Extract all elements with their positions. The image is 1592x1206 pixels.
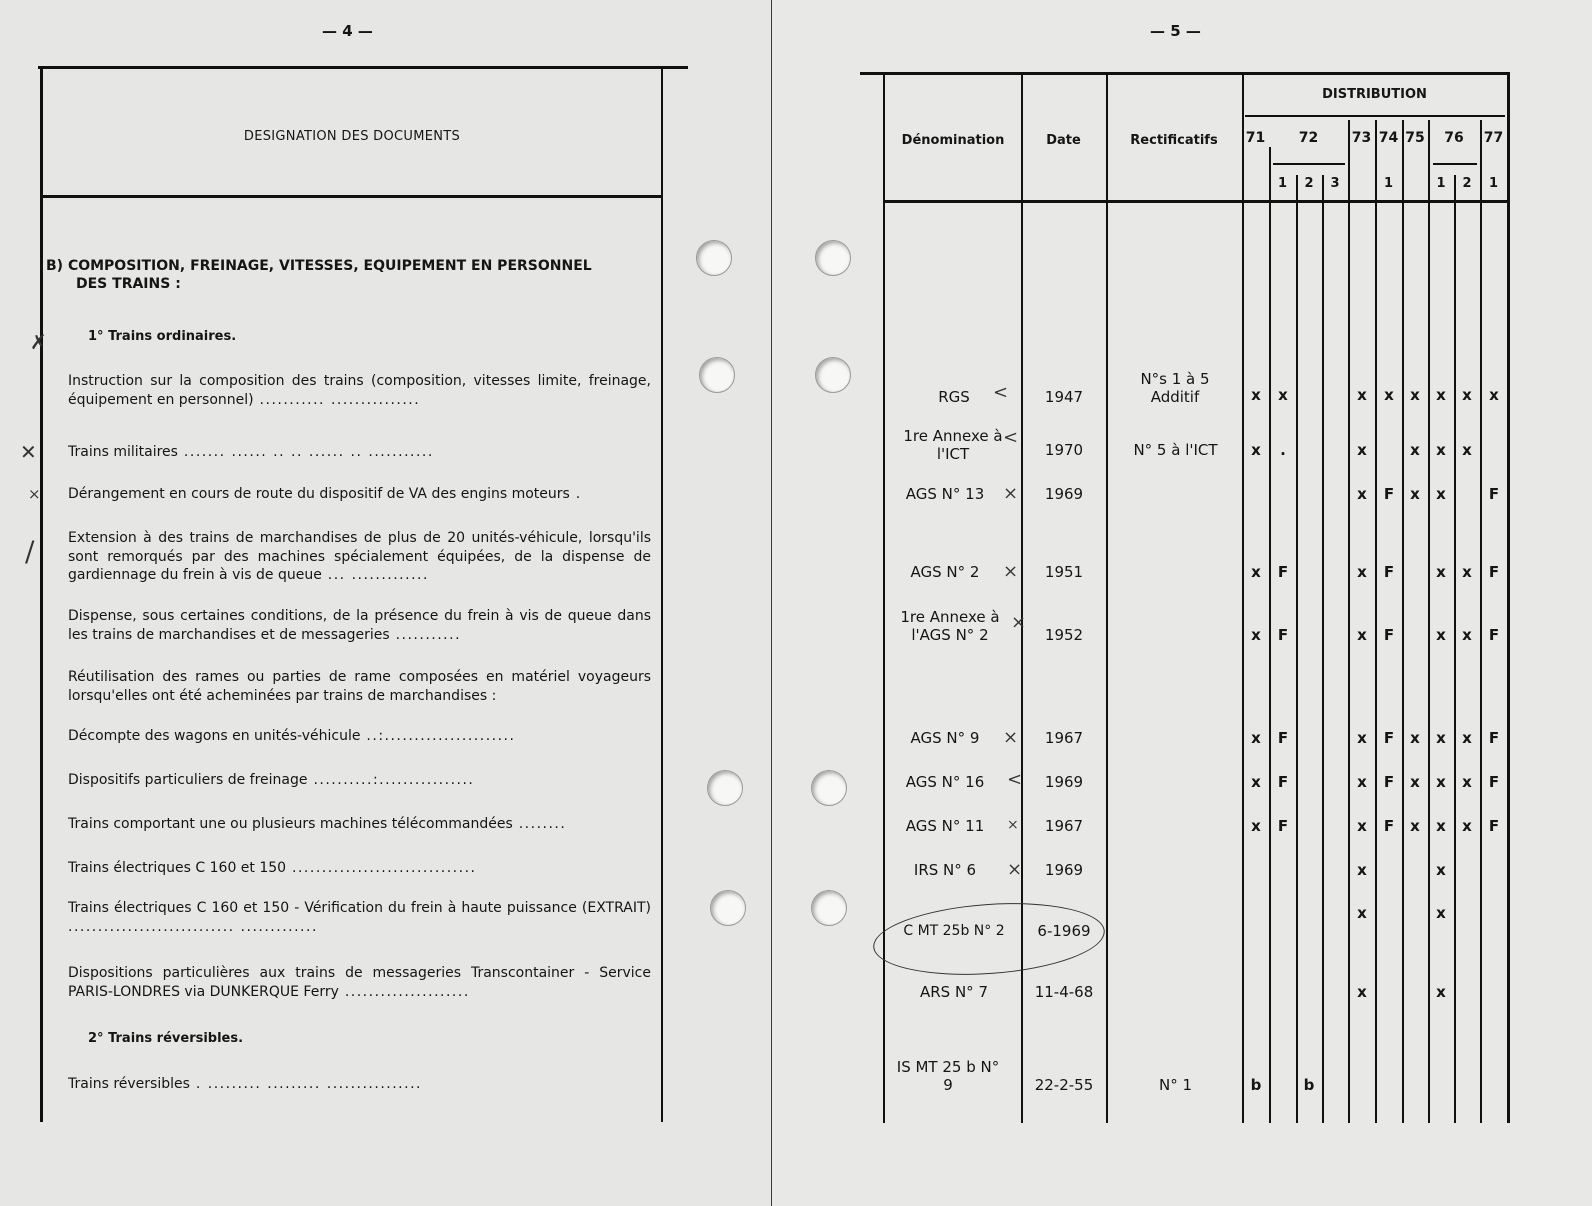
handwritten-tick: × [1007,859,1022,880]
row-date: 1967 [1021,729,1107,747]
mark-77-1: F [1481,485,1507,503]
sub-74-1: 1 [1375,176,1402,191]
list-item: Trains électriques C 160 et 150 ........… [68,859,651,878]
mark-72-1: F [1270,773,1296,791]
row-denomination: C MT 25b N° 2 [885,922,1023,940]
mark-77-1: F [1481,773,1507,791]
sub-76-2: 2 [1454,176,1480,191]
mark-75: x [1402,817,1428,835]
mark-72-1: F [1270,626,1296,644]
header-distribution: DISTRIBUTION [1242,87,1507,102]
mark-76-2: x [1454,386,1480,404]
list-item: Décompte des wagons en unités-véhicule .… [68,727,651,746]
column-divider [1375,120,1377,1123]
mark-75: x [1402,485,1428,503]
mark-71: x [1243,626,1269,644]
row-date: 1969 [1021,861,1107,879]
mark-71: x [1243,386,1269,404]
sub-72-2: 2 [1296,176,1322,191]
handwritten-tick: × [1003,727,1018,748]
list-item: Réutilisation des rames ou parties de ra… [68,668,651,705]
group-71: 71 [1242,130,1269,146]
mark-73: x [1349,626,1375,644]
mark-75: x [1402,729,1428,747]
row-date: 1947 [1021,388,1107,406]
column-divider [1402,120,1404,1123]
list-item: Trains comportant une ou plusieurs machi… [68,815,651,834]
mark-76-1: x [1428,861,1454,879]
punch-hole [811,890,847,926]
row-denomination: AGS N° 13 [885,485,1005,503]
header-date: Date [1021,133,1106,148]
mark-71: x [1243,729,1269,747]
group-74: 74 [1375,130,1402,146]
mark-73: x [1349,904,1375,922]
section-title: B) COMPOSITION, FREINAGE, VITESSES, EQUI… [46,257,651,293]
group-77: 77 [1480,130,1507,146]
group-73: 73 [1348,130,1375,146]
left-page-number: — 4 — [322,22,373,40]
mark-73: x [1349,485,1375,503]
mark-74-1: F [1376,729,1402,747]
mark-73: x [1349,441,1375,459]
handwritten-check-mark: ✗ [30,330,47,354]
handwritten-tick: < [1007,769,1022,790]
mark-72-1: F [1270,729,1296,747]
distribution-rule [1245,115,1505,117]
mark-72-1: F [1270,563,1296,581]
mark-76-1: x [1428,485,1454,503]
mark-73: x [1349,861,1375,879]
mark-76-2: x [1454,563,1480,581]
row-date: 1969 [1021,773,1107,791]
punch-hole [699,357,735,393]
list-item: Trains réversibles . ......... .........… [68,1075,651,1094]
list-item: Dispositifs particuliers de freinage ...… [68,771,651,790]
mark-77-1: x [1481,386,1507,404]
handwritten-tick: × [1003,483,1018,504]
mark-77-1: F [1481,817,1507,835]
mark-76-2: x [1454,817,1480,835]
mark-74-1: F [1376,817,1402,835]
punch-hole [696,240,732,276]
mark-76-1: x [1428,773,1454,791]
row-rectificatifs: N°s 1 à 5 Additif [1115,370,1235,406]
group-76-rule [1433,163,1477,165]
punch-hole [707,770,743,806]
row-rectificatifs: N° 5 à l'ICT [1107,441,1244,459]
row-denomination: AGS N° 11 [885,817,1005,835]
punch-hole [815,357,851,393]
column-divider [1454,175,1456,1123]
column-divider [1348,120,1350,1123]
column-divider [1428,120,1430,1123]
group-72-rule [1273,163,1345,165]
list-item: Trains militaires ....... ...... .. .. .… [68,443,651,462]
mark-71: x [1243,817,1269,835]
punch-hole [811,770,847,806]
row-date: 1952 [1021,626,1107,644]
distribution-table-header: Dénomination Date Rectificatifs DISTRIBU… [885,75,1507,203]
handwritten-check-mark: × [28,485,41,503]
row-denomination: 1re Annexe à l'ICT [893,427,1013,463]
header-denomination: Dénomination [885,133,1021,148]
row-date: 1951 [1021,563,1107,581]
mark-74-1: x [1376,386,1402,404]
row-date: 6-1969 [1021,922,1107,940]
column-divider [1106,75,1108,1123]
mark-76-1: x [1428,626,1454,644]
punch-hole [815,240,851,276]
mark-76-2: x [1454,626,1480,644]
mark-73: x [1349,386,1375,404]
mark-76-1: x [1428,563,1454,581]
mark-76-1: x [1428,729,1454,747]
list-item: Trains électriques C 160 et 150 - Vérifi… [68,899,651,936]
mark-73: x [1349,983,1375,1001]
column-divider [1242,75,1244,1123]
mark-77-1: F [1481,729,1507,747]
row-denomination: 1re Annexe à l'AGS N° 2 [885,608,1015,644]
row-rectificatifs: N° 1 [1107,1076,1244,1094]
column-divider [1296,175,1298,1123]
subsection-ordinary-trains: 1° Trains ordinaires. [88,329,236,344]
mark-76-2: x [1454,729,1480,747]
mark-75: x [1402,773,1428,791]
handwritten-check-mark: ✕ [20,440,37,464]
column-divider [1480,120,1482,1123]
right-page-number: — 5 — [1150,22,1201,40]
group-72: 72 [1269,130,1348,146]
list-item: Dispense, sous certaines conditions, de … [68,607,651,644]
list-item: Instruction sur la composition des train… [68,372,651,409]
handwritten-check-mark: / [25,535,34,568]
mark-76-1: x [1428,441,1454,459]
row-date: 1970 [1021,441,1107,459]
list-item: Dispositions particulières aux trains de… [68,964,651,1001]
mark-76-1: x [1428,983,1454,1001]
mark-77-1: F [1481,626,1507,644]
punch-hole [710,890,746,926]
subsection-reversible-trains: 2° Trains réversibles. [88,1031,243,1046]
left-table-header: DESIGNATION DES DOCUMENTS [43,67,661,198]
row-denomination: IS MT 25 b N° 9 [893,1058,1003,1094]
mark-72-1: F [1270,817,1296,835]
mark-73: x [1349,773,1375,791]
row-denomination: ARS N° 7 [885,983,1023,1001]
mark-76-1: x [1428,904,1454,922]
handwritten-tick: < [1003,427,1018,448]
mark-77-1: F [1481,563,1507,581]
row-denomination: IRS N° 6 [885,861,1005,879]
handwritten-tick: < [993,382,1008,403]
sub-77-1: 1 [1480,176,1507,191]
header-rectificatifs: Rectificatifs [1106,133,1242,148]
mark-73: x [1349,729,1375,747]
row-denomination: AGS N° 16 [885,773,1005,791]
mark-74-1: F [1376,626,1402,644]
mark-76-2: x [1454,441,1480,459]
mark-72-1: x [1270,386,1296,404]
sub-72-1: 1 [1269,176,1296,191]
mark-71: x [1243,773,1269,791]
sub-72-3: 3 [1322,176,1348,191]
sub-76-1: 1 [1428,176,1454,191]
row-date: 1969 [1021,485,1107,503]
row-date: 11-4-68 [1021,983,1107,1001]
mark-74-1: F [1376,485,1402,503]
mark-75: x [1402,386,1428,404]
group-75: 75 [1402,130,1428,146]
mark-71: x [1243,563,1269,581]
mark-74-1: F [1376,563,1402,581]
page-fold [771,0,772,1206]
handwritten-tick: × [1007,817,1019,833]
mark-76-1: x [1428,386,1454,404]
mark-71: b [1243,1076,1269,1094]
mark-76-1: x [1428,817,1454,835]
row-denomination: AGS N° 9 [885,729,1005,747]
distribution-table: Dénomination Date Rectificatifs DISTRIBU… [883,75,1510,1123]
column-divider [1322,175,1324,1123]
designation-header: DESIGNATION DES DOCUMENTS [43,129,661,144]
row-date: 1967 [1021,817,1107,835]
mark-74-1: F [1376,773,1402,791]
mark-72-1: . [1270,441,1296,459]
mark-75: x [1402,441,1428,459]
mark-73: x [1349,817,1375,835]
list-item: Extension à des trains de marchandises d… [68,529,651,585]
group-76: 76 [1428,130,1480,146]
left-document-table: DESIGNATION DES DOCUMENTS B) COMPOSITION… [40,67,663,1122]
list-item: Dérangement en cours de route du disposi… [68,485,651,504]
row-date: 22-2-55 [1021,1076,1107,1094]
handwritten-tick: × [1003,561,1018,582]
mark-72-2: b [1296,1076,1322,1094]
row-denomination: AGS N° 2 [885,563,1005,581]
mark-73: x [1349,563,1375,581]
mark-76-2: x [1454,773,1480,791]
mark-71: x [1243,441,1269,459]
